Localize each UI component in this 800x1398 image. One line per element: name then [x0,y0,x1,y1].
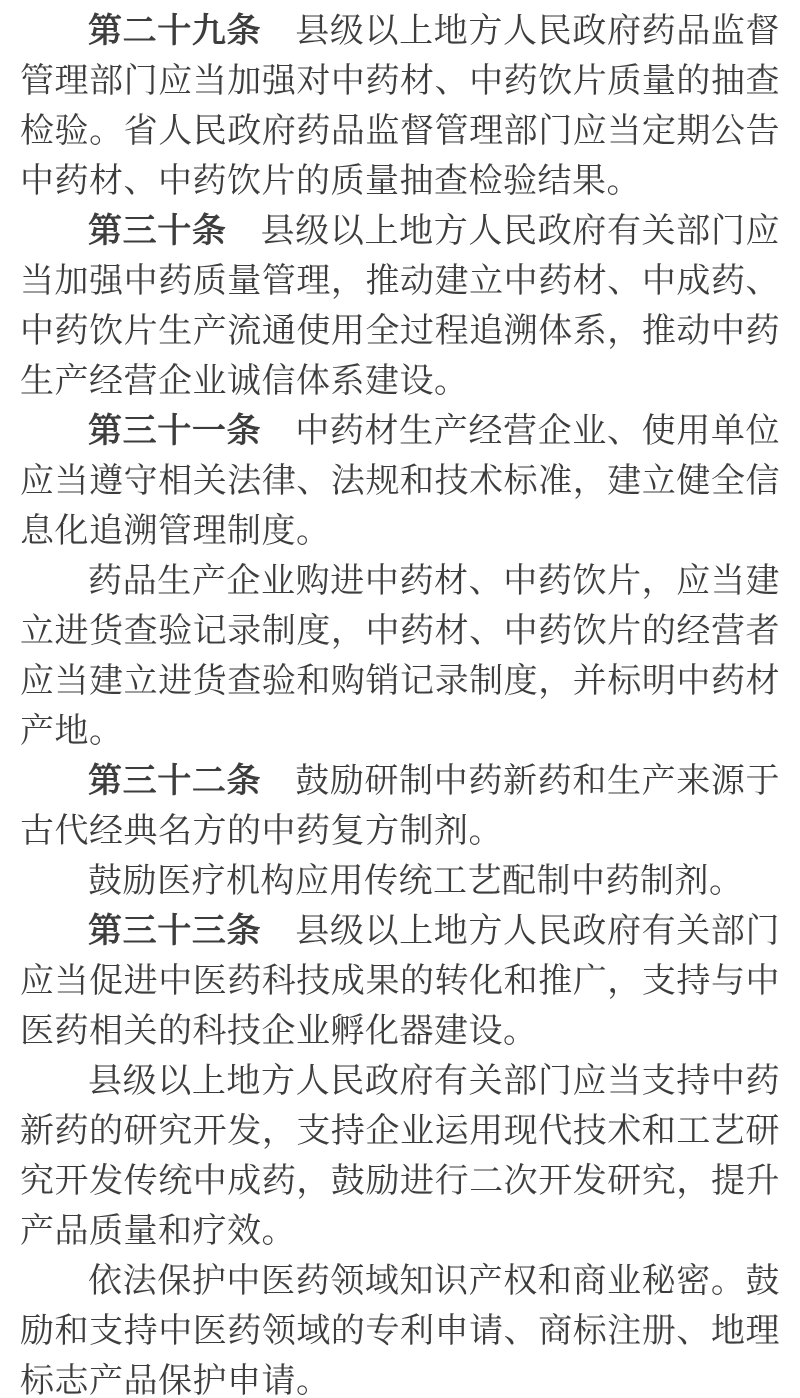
document-page: 第二十九条县级以上地方人民政府药品监督管理部门应当加强对中药材、中药饮片质量的抽… [0,0,800,1398]
article-paragraph: 第三十一条中药材生产经营企业、使用单位应当遵守相关法律、法规和技术标准，建立健全… [20,406,780,556]
article-number: 第三十一条 [88,412,261,450]
article-paragraph: 第三十二条鼓励研制中药新药和生产来源于古代经典名方的中药复方制剂。 [20,756,780,856]
body-paragraph: 药品生产企业购进中药材、中药饮片，应当建立进货查验记录制度，中药材、中药饮片的经… [20,556,780,756]
body-paragraph: 县级以上地方人民政府有关部门应当支持中药新药的研究开发，支持企业运用现代技术和工… [20,1056,780,1256]
article-number: 第三十三条 [88,912,261,950]
article-paragraph: 第三十条县级以上地方人民政府有关部门应当加强中药质量管理，推动建立中药材、中成药… [20,206,780,406]
paragraph-text: 药品生产企业购进中药材、中药饮片，应当建立进货查验记录制度，中药材、中药饮片的经… [20,562,780,750]
body-paragraph: 鼓励医疗机构应用传统工艺配制中药制剂。 [20,856,780,906]
article-paragraph: 第三十三条县级以上地方人民政府有关部门应当促进中医药科技成果的转化和推广，支持与… [20,906,780,1056]
article-number: 第三十条 [88,212,227,250]
article-number: 第三十二条 [88,762,261,800]
paragraph-text: 鼓励医疗机构应用传统工艺配制中药制剂。 [88,862,744,900]
body-paragraph: 依法保护中医药领域知识产权和商业秘密。鼓励和支持中医药领域的专利申请、商标注册、… [20,1256,780,1398]
paragraph-text: 依法保护中医药领域知识产权和商业秘密。鼓励和支持中医药领域的专利申请、商标注册、… [20,1262,780,1398]
article-number: 第二十九条 [88,12,261,50]
article-paragraph: 第二十九条县级以上地方人民政府药品监督管理部门应当加强对中药材、中药饮片质量的抽… [20,6,780,206]
paragraph-text: 县级以上地方人民政府有关部门应当支持中药新药的研究开发，支持企业运用现代技术和工… [20,1062,780,1250]
